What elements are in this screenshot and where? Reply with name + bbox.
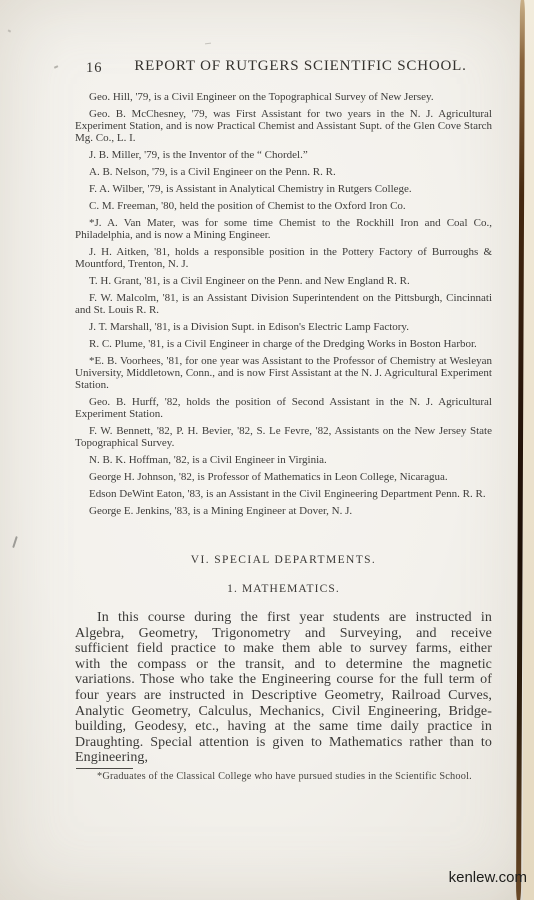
page-edge-paper (523, 0, 534, 900)
page-content: 16 REPORT OF RUTGERS SCIENTIFIC SCHOOL. … (75, 58, 492, 783)
paper-speck (54, 65, 58, 68)
footnote: *Graduates of the Classical College who … (75, 768, 492, 783)
alumni-entry: R. C. Plume, '81, is a Civil Engineer in… (75, 338, 492, 350)
paper-speck (8, 29, 11, 32)
book-page-edge (508, 0, 534, 900)
alumni-entry: A. B. Nelson, '79, is a Civil Engineer o… (75, 166, 492, 178)
subsection-heading-mathematics: 1. MATHEMATICS. (75, 583, 492, 595)
alumni-entry: George E. Jenkins, '83, is a Mining Engi… (75, 505, 492, 517)
watermark: kenlew.com (449, 869, 527, 886)
alumni-entry: Geo. Hill, '79, is a Civil Engineer on t… (75, 91, 492, 103)
running-header-title: REPORT OF RUTGERS SCIENTIFIC SCHOOL. (75, 58, 492, 75)
alumni-entry: N. B. K. Hoffman, '82, is a Civil Engine… (75, 454, 492, 466)
alumni-entry: Geo. B. Hurff, '82, holds the position o… (75, 396, 492, 420)
alumni-entry: J. B. Miller, '79, is the Inventor of th… (75, 149, 492, 161)
alumni-entry: J. H. Aitken, '81, holds a responsible p… (75, 246, 492, 270)
scanned-book-page: 16 REPORT OF RUTGERS SCIENTIFIC SCHOOL. … (0, 0, 534, 900)
alumni-entries-list: Geo. Hill, '79, is a Civil Engineer on t… (75, 91, 492, 517)
section-heading-special-departments: VI. SPECIAL DEPARTMENTS. (75, 554, 492, 566)
page-header: 16 REPORT OF RUTGERS SCIENTIFIC SCHOOL. (75, 58, 492, 78)
alumni-entry: Edson DeWint Eaton, '83, is an Assistant… (75, 488, 492, 500)
alumni-entry: *J. A. Van Mater, was for some time Chem… (75, 217, 492, 241)
alumni-entry: C. M. Freeman, '80, held the position of… (75, 200, 492, 212)
alumni-entry: George H. Johnson, '82, is Professor of … (75, 471, 492, 483)
alumni-entry: F. W. Bennett, '82, P. H. Bevier, '82, S… (75, 425, 492, 449)
footnote-rule (76, 768, 133, 769)
alumni-entry: T. H. Grant, '81, is a Civil Engineer on… (75, 275, 492, 287)
footnote-text: *Graduates of the Classical College who … (75, 771, 492, 783)
alumni-entry: F. A. Wilber, '79, is Assistant in Analy… (75, 183, 492, 195)
mathematics-paragraph: In this course during the first year stu… (75, 610, 492, 766)
alumni-entry: F. W. Malcolm, '81, is an Assistant Divi… (75, 292, 492, 316)
pen-mark (12, 536, 17, 548)
alumni-entry: *E. B. Voorhees, '81, for one year was A… (75, 355, 492, 391)
page-number: 16 (86, 60, 103, 77)
alumni-entry: J. T. Marshall, '81, is a Division Supt.… (75, 321, 492, 333)
alumni-entry: Geo. B. McChesney, '79, was First Assist… (75, 108, 492, 144)
paper-speck (205, 43, 211, 45)
